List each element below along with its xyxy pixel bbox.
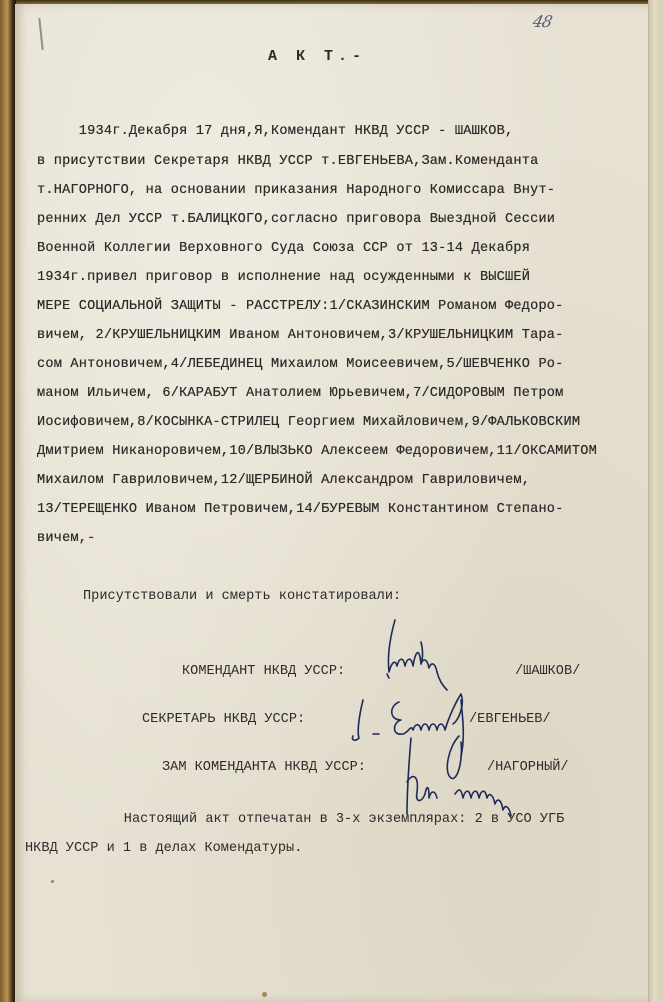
signatory-name-evgenev: /ЕВГЕНЬЕВ/ bbox=[469, 712, 551, 727]
signature-shashkov-icon bbox=[377, 614, 487, 694]
body-line: Иосифовичем,8/КОСЫНКА-СТРИЛЕЦ Георгием М… bbox=[37, 415, 580, 430]
document-page: 48 А К Т.- 1934г.Декабря 17 дня,Я,Коменд… bbox=[15, 4, 649, 1002]
paper-stack-edge bbox=[648, 0, 663, 1002]
document-title: А К Т.- bbox=[268, 48, 366, 65]
body-line: сом Антоновичем,4/ЛЕБЕДИНЕЦ Михаилом Мои… bbox=[37, 357, 564, 372]
body-line: ренних Дел УССР т.БАЛИЦКОГО,согласно при… bbox=[37, 212, 555, 227]
paper-speck bbox=[262, 992, 267, 997]
body-line: маном Ильичем, 6/КАРАБУТ Анатолием Юрьев… bbox=[37, 386, 564, 401]
body-line: 1934г.привел приговор в исполнение над о… bbox=[37, 270, 530, 285]
witness-statement: Присутствовали и смерть констатировали: bbox=[83, 589, 401, 604]
body-line: т.НАГОРНОГО, на основании приказания Нар… bbox=[37, 183, 555, 198]
signatory-title-deputy-commandant: ЗАМ КОМЕНДАНТА НКВД УССР: bbox=[162, 760, 366, 775]
binder-spine bbox=[0, 0, 16, 1002]
body-line: МЕРЕ СОЦИАЛЬНОЙ ЗАЩИТЫ - РАССТРЕЛУ:1/СКА… bbox=[37, 299, 564, 314]
footer-line: НКВД УССР и 1 в делах Комендатуры. bbox=[25, 841, 302, 856]
body-line: 13/ТЕРЕЩЕНКО Иваном Петровичем,14/БУРЕВЫ… bbox=[37, 502, 564, 517]
signatory-name-shashkov: /ШАШКОВ/ bbox=[515, 664, 580, 679]
body-line: Дмитрием Никаноровичем,10/ВЛЫЗЬКО Алексе… bbox=[37, 444, 597, 459]
body-line: вичем, 2/КРУШЕЛЬНИЦКИМ Иваном Антоновиче… bbox=[37, 328, 564, 343]
signatory-title-secretary: СЕКРЕТАРЬ НКВД УССР: bbox=[142, 712, 305, 727]
body-line: 1934г.Декабря 17 дня,Я,Комендант НКВД УС… bbox=[37, 124, 513, 139]
signature-evgenev-icon bbox=[349, 680, 489, 760]
pencil-mark bbox=[38, 18, 43, 50]
document-body: 1934г.Декабря 17 дня,Я,Комендант НКВД УС… bbox=[37, 124, 637, 379]
handwritten-page-number: 48 bbox=[531, 12, 553, 31]
signature-nagorny-icon bbox=[399, 732, 539, 822]
body-line: в присутствии Секретаря НКВД УССР т.ЕВГЕ… bbox=[37, 154, 538, 169]
body-line: Военной Коллегии Верховного Суда Союза С… bbox=[37, 241, 530, 256]
body-line: вичем,- bbox=[37, 531, 96, 546]
signatory-title-commandant: КОМЕНДАНТ НКВД УССР: bbox=[182, 664, 345, 679]
footer-line: Настоящий акт отпечатан в 3-х экземпляра… bbox=[83, 812, 564, 827]
body-line: Михаилом Гавриловичем,12/ЩЕРБИНОЙ Алекса… bbox=[37, 473, 530, 488]
paper-speck bbox=[51, 880, 54, 883]
signatory-name-nagorny: /НАГОРНЫЙ/ bbox=[487, 760, 569, 775]
